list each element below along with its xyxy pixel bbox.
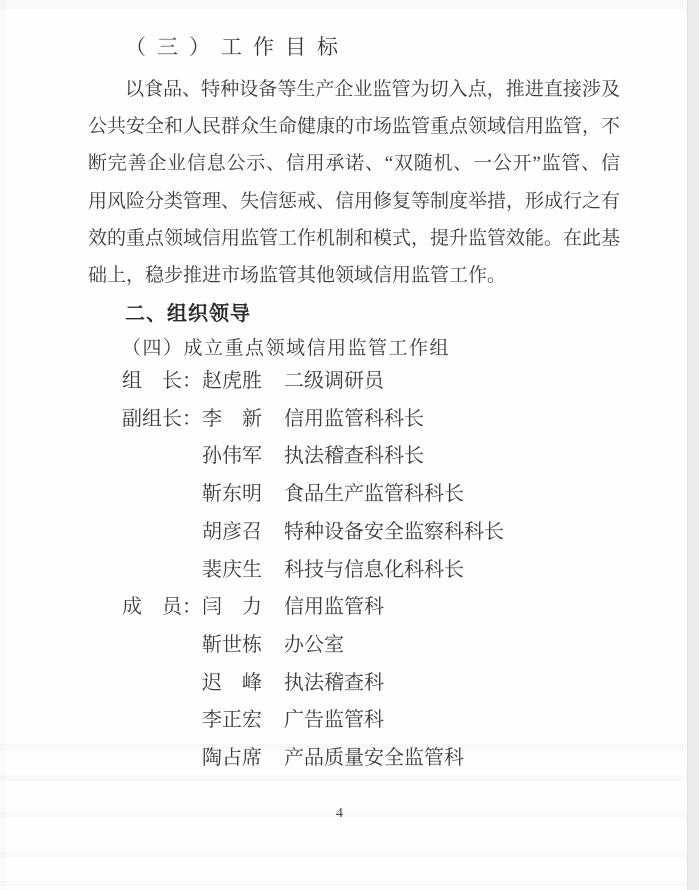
roster-row: 成 员：闫 力信用监管科 <box>122 589 662 627</box>
roster-title: 产品质量安全监管科 <box>284 747 464 769</box>
roster-row: 迟 峰执法稽查科 <box>122 665 662 703</box>
roster-row: 组 长：赵虎胜二级调研员 <box>122 363 662 401</box>
roster-title: 广告监管科 <box>284 709 384 731</box>
roster-name: 陶占席 <box>202 740 264 778</box>
workgroup-roster: 组 长：赵虎胜二级调研员 副组长：李 新信用监管科科长 孙伟军执法稽查科科长 靳… <box>122 363 662 778</box>
paragraph-line: 效的重点领域信用监管工作机制和模式，提升监管效能。在此基 <box>88 220 620 257</box>
roster-role-label: 组 长： <box>122 363 202 401</box>
scan-artifact-top-edge <box>0 0 699 10</box>
roster-name: 靳世栋 <box>202 627 264 665</box>
roster-row: 孙伟军执法稽查科科长 <box>122 438 662 476</box>
roster-title: 科技与信息化科科长 <box>284 559 464 581</box>
work-goals-paragraph: 以食品、特种设备等生产企业监管为切入点，推进直接涉及 公共安全和人民群众生命健康… <box>88 71 620 294</box>
scan-artifact-band <box>0 812 688 818</box>
section-heading-work-goals: （三）工作目标 <box>125 31 349 61</box>
roster-row: 胡彦召特种设备安全监察科科长 <box>122 514 662 552</box>
roster-title: 食品生产监管科科长 <box>284 483 464 505</box>
roster-role-label: 成 员： <box>122 589 202 627</box>
paragraph-line: 断完善企业信息公示、信用承诺、“双随机、一公开”监管、信 <box>88 145 620 182</box>
roster-title: 办公室 <box>284 634 344 656</box>
roster-name: 胡彦召 <box>202 514 264 552</box>
paragraph-line: 础上，稳步推进市场监管其他领域信用监管工作。 <box>88 257 620 294</box>
scan-artifact-band <box>0 852 688 858</box>
section-heading-organization-leadership: 二、组织领导 <box>125 297 251 326</box>
roster-title: 特种设备安全监察科科长 <box>284 521 504 543</box>
roster-name: 赵虎胜 <box>202 363 264 401</box>
roster-name: 李正宏 <box>202 702 264 740</box>
roster-title: 信用监管科科长 <box>284 408 424 430</box>
paragraph-line: 以食品、特种设备等生产企业监管为切入点，推进直接涉及 <box>88 71 620 108</box>
roster-row: 李正宏广告监管科 <box>122 702 662 740</box>
scan-artifact-right-edge <box>687 0 699 890</box>
roster-title: 信用监管科 <box>284 596 384 618</box>
roster-name: 迟 峰 <box>202 665 264 703</box>
roster-title: 执法稽查科科长 <box>284 445 424 467</box>
roster-name: 裴庆生 <box>202 552 264 590</box>
roster-row: 陶占席产品质量安全监管科 <box>122 740 662 778</box>
roster-title: 执法稽查科 <box>284 672 384 694</box>
scan-artifact-left-edge <box>0 0 6 890</box>
roster-row: 副组长：李 新信用监管科科长 <box>122 401 662 439</box>
roster-row: 靳东明食品生产监管科科长 <box>122 476 662 514</box>
roster-name: 孙伟军 <box>202 438 264 476</box>
roster-name: 靳东明 <box>202 476 264 514</box>
roster-row: 靳世栋办公室 <box>122 627 662 665</box>
paragraph-line: 公共安全和人民群众生命健康的市场监管重点领域信用监管，不 <box>88 108 620 145</box>
scanned-document-page: （三）工作目标 以食品、特种设备等生产企业监管为切入点，推进直接涉及 公共安全和… <box>0 0 699 890</box>
roster-row: 裴庆生科技与信息化科科长 <box>122 552 662 590</box>
roster-title: 二级调研员 <box>284 370 384 392</box>
scan-artifact-band <box>0 881 688 886</box>
roster-name: 闫 力 <box>202 589 264 627</box>
roster-role-label: 副组长： <box>122 401 202 439</box>
page-number: 4 <box>336 806 343 822</box>
paragraph-line: 用风险分类管理、失信惩戒、信用修复等制度举措，形成行之有 <box>88 183 620 220</box>
section-heading-establish-workgroup: （四）成立重点领域信用监管工作组 <box>122 333 450 360</box>
roster-name: 李 新 <box>202 401 264 439</box>
